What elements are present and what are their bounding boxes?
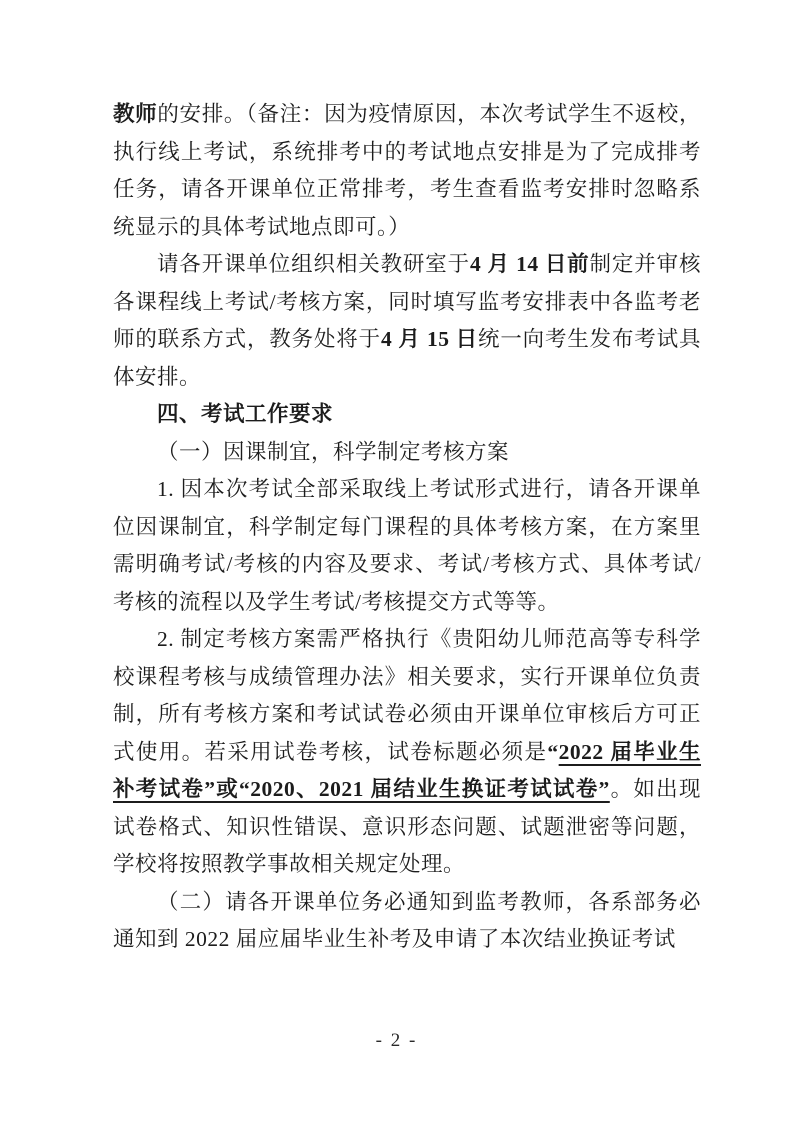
bold-date-april-15: 4 月 15 日 — [381, 327, 478, 351]
paragraph-schedule-dates: 请各开课单位组织相关教研室于4 月 14 日前制定并审核各课程线上考试/考核方案… — [113, 246, 701, 396]
body-text: 的安排。（备注：因为疫情原因，本次考试学生不返校，执行线上考试，系统排考中的考试… — [113, 102, 701, 239]
document-page: 教师的安排。（备注：因为疫情原因，本次考试学生不返校，执行线上考试，系统排考中的… — [0, 0, 793, 1122]
bold-text-teachers: 教师 — [113, 102, 157, 126]
paragraph-item-1: 1. 因本次考试全部采取线上考试形式进行，请各开课单位因课制宜，科学制定每门课程… — [113, 471, 701, 621]
bold-open-quote: “ — [547, 740, 558, 764]
paragraph-subsection-2: （二）请各开课单位务必通知到监考教师，各系部务必通知到 2022 届应届毕业生补… — [113, 884, 701, 959]
paragraph-subsection-1: （一）因课制宜，科学制定考核方案 — [113, 434, 701, 472]
document-body: 教师的安排。（备注：因为疫情原因，本次考试学生不返校，执行线上考试，系统排考中的… — [113, 96, 701, 959]
paragraph-continuation-note: 教师的安排。（备注：因为疫情原因，本次考试学生不返校，执行线上考试，系统排考中的… — [113, 96, 701, 246]
paragraph-item-2: 2. 制定考核方案需严格执行《贵阳幼儿师范高等专科学校课程考核与成绩管理办法》相… — [113, 621, 701, 884]
section-heading-4: 四、考试工作要求 — [113, 396, 701, 434]
page-number: - 2 - — [0, 1030, 793, 1052]
bold-date-april-14: 4 月 14 日前 — [470, 252, 590, 276]
body-text: 请各开课单位组织相关教研室于 — [157, 252, 470, 276]
